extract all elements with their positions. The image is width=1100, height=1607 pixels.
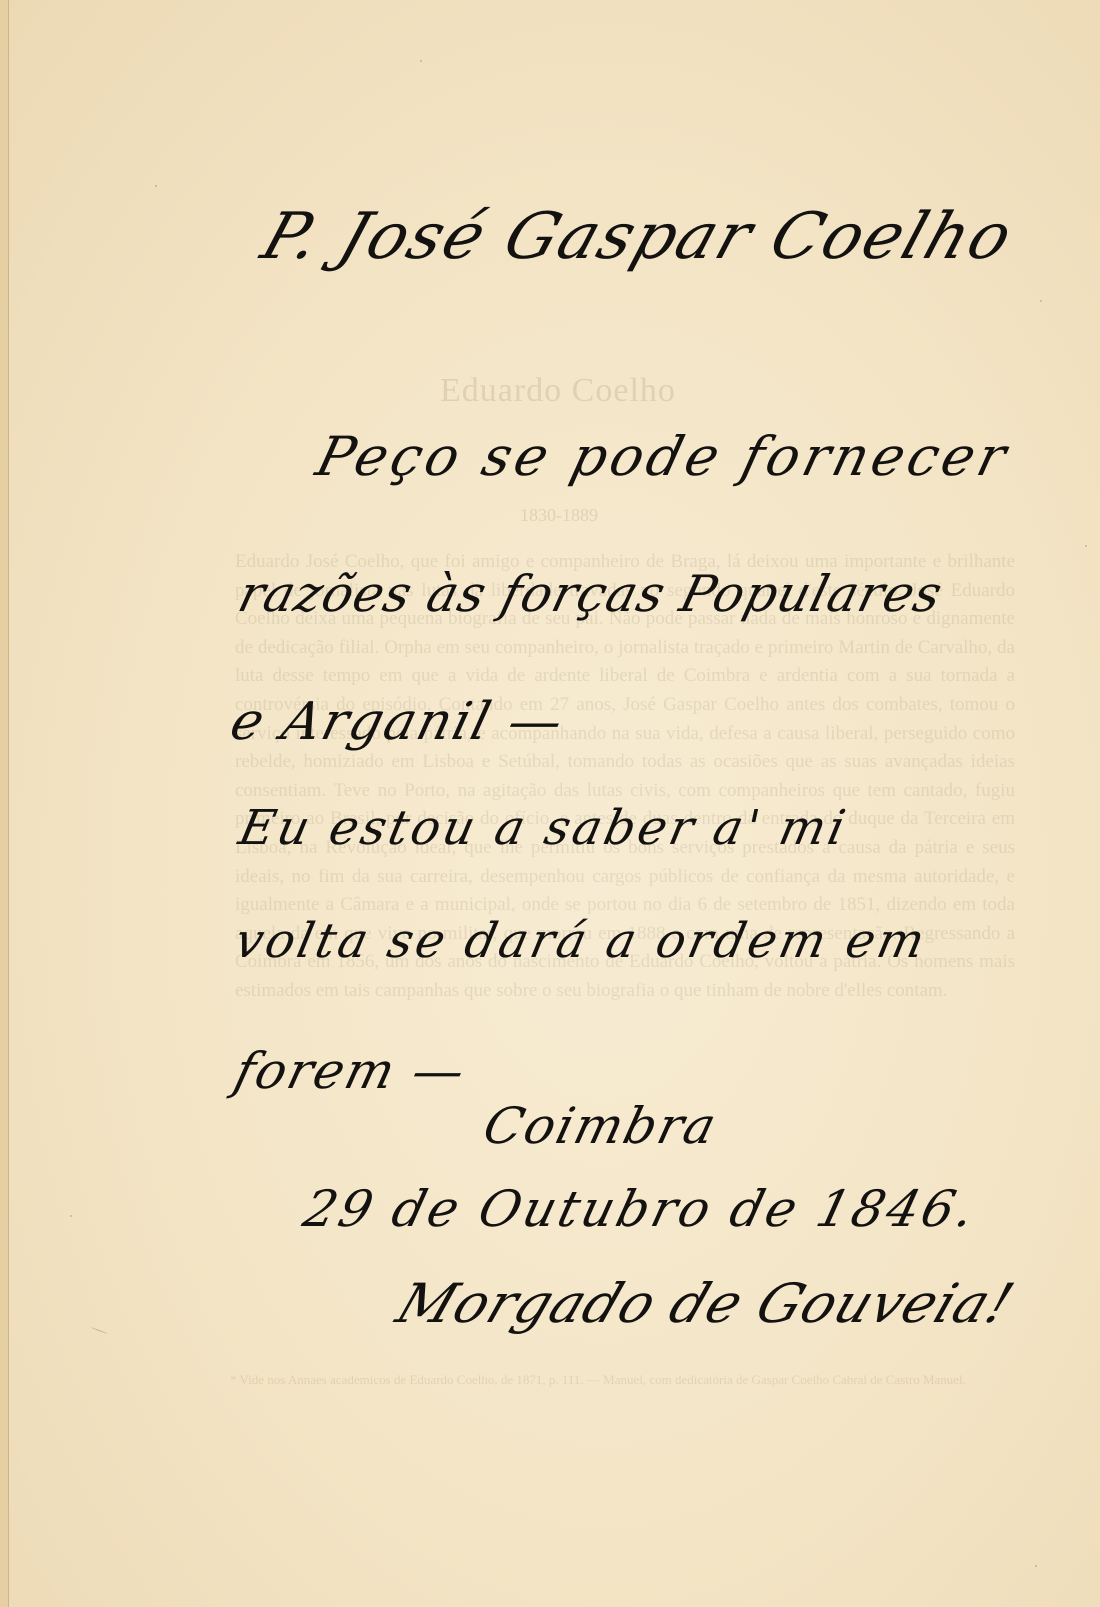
paper-speck [1040, 300, 1042, 302]
page-fold-line [8, 0, 9, 1607]
letter-salutation: P. José Gaspar Coelho [253, 200, 1023, 274]
letter-line: e Arganil — [225, 692, 571, 752]
show-through-dates: 1830-1889 [520, 505, 598, 526]
page-left-margin [0, 0, 8, 1607]
letter-line: Eu estou a saber a' mi [234, 800, 853, 856]
letter-page: Eduardo Coelho 1830-1889 Eduardo José Co… [0, 0, 1100, 1607]
paper-speck [1085, 545, 1087, 547]
letter-date: 29 de Outubro de 1846. [298, 1180, 983, 1238]
paper-speck [420, 60, 422, 62]
letter-line: volta se dará a ordem em [230, 913, 932, 969]
paper-speck [1035, 1565, 1037, 1567]
show-through-footnote: * Vide nos Annaes academicos de Eduardo … [230, 1370, 970, 1390]
letter-signature: Morgado de Gouveia! [389, 1272, 1023, 1335]
show-through-title: Eduardo Coelho [440, 372, 676, 410]
letter-line: razões às forças Populares [233, 565, 949, 623]
letter-line: forem — [229, 1042, 473, 1100]
paper-speck [155, 185, 157, 187]
paper-speck [90, 1327, 107, 1334]
letter-place: Coimbra [478, 1097, 724, 1155]
paper-speck [70, 1215, 72, 1217]
letter-line: Peço se pode fornecer [310, 425, 1016, 488]
